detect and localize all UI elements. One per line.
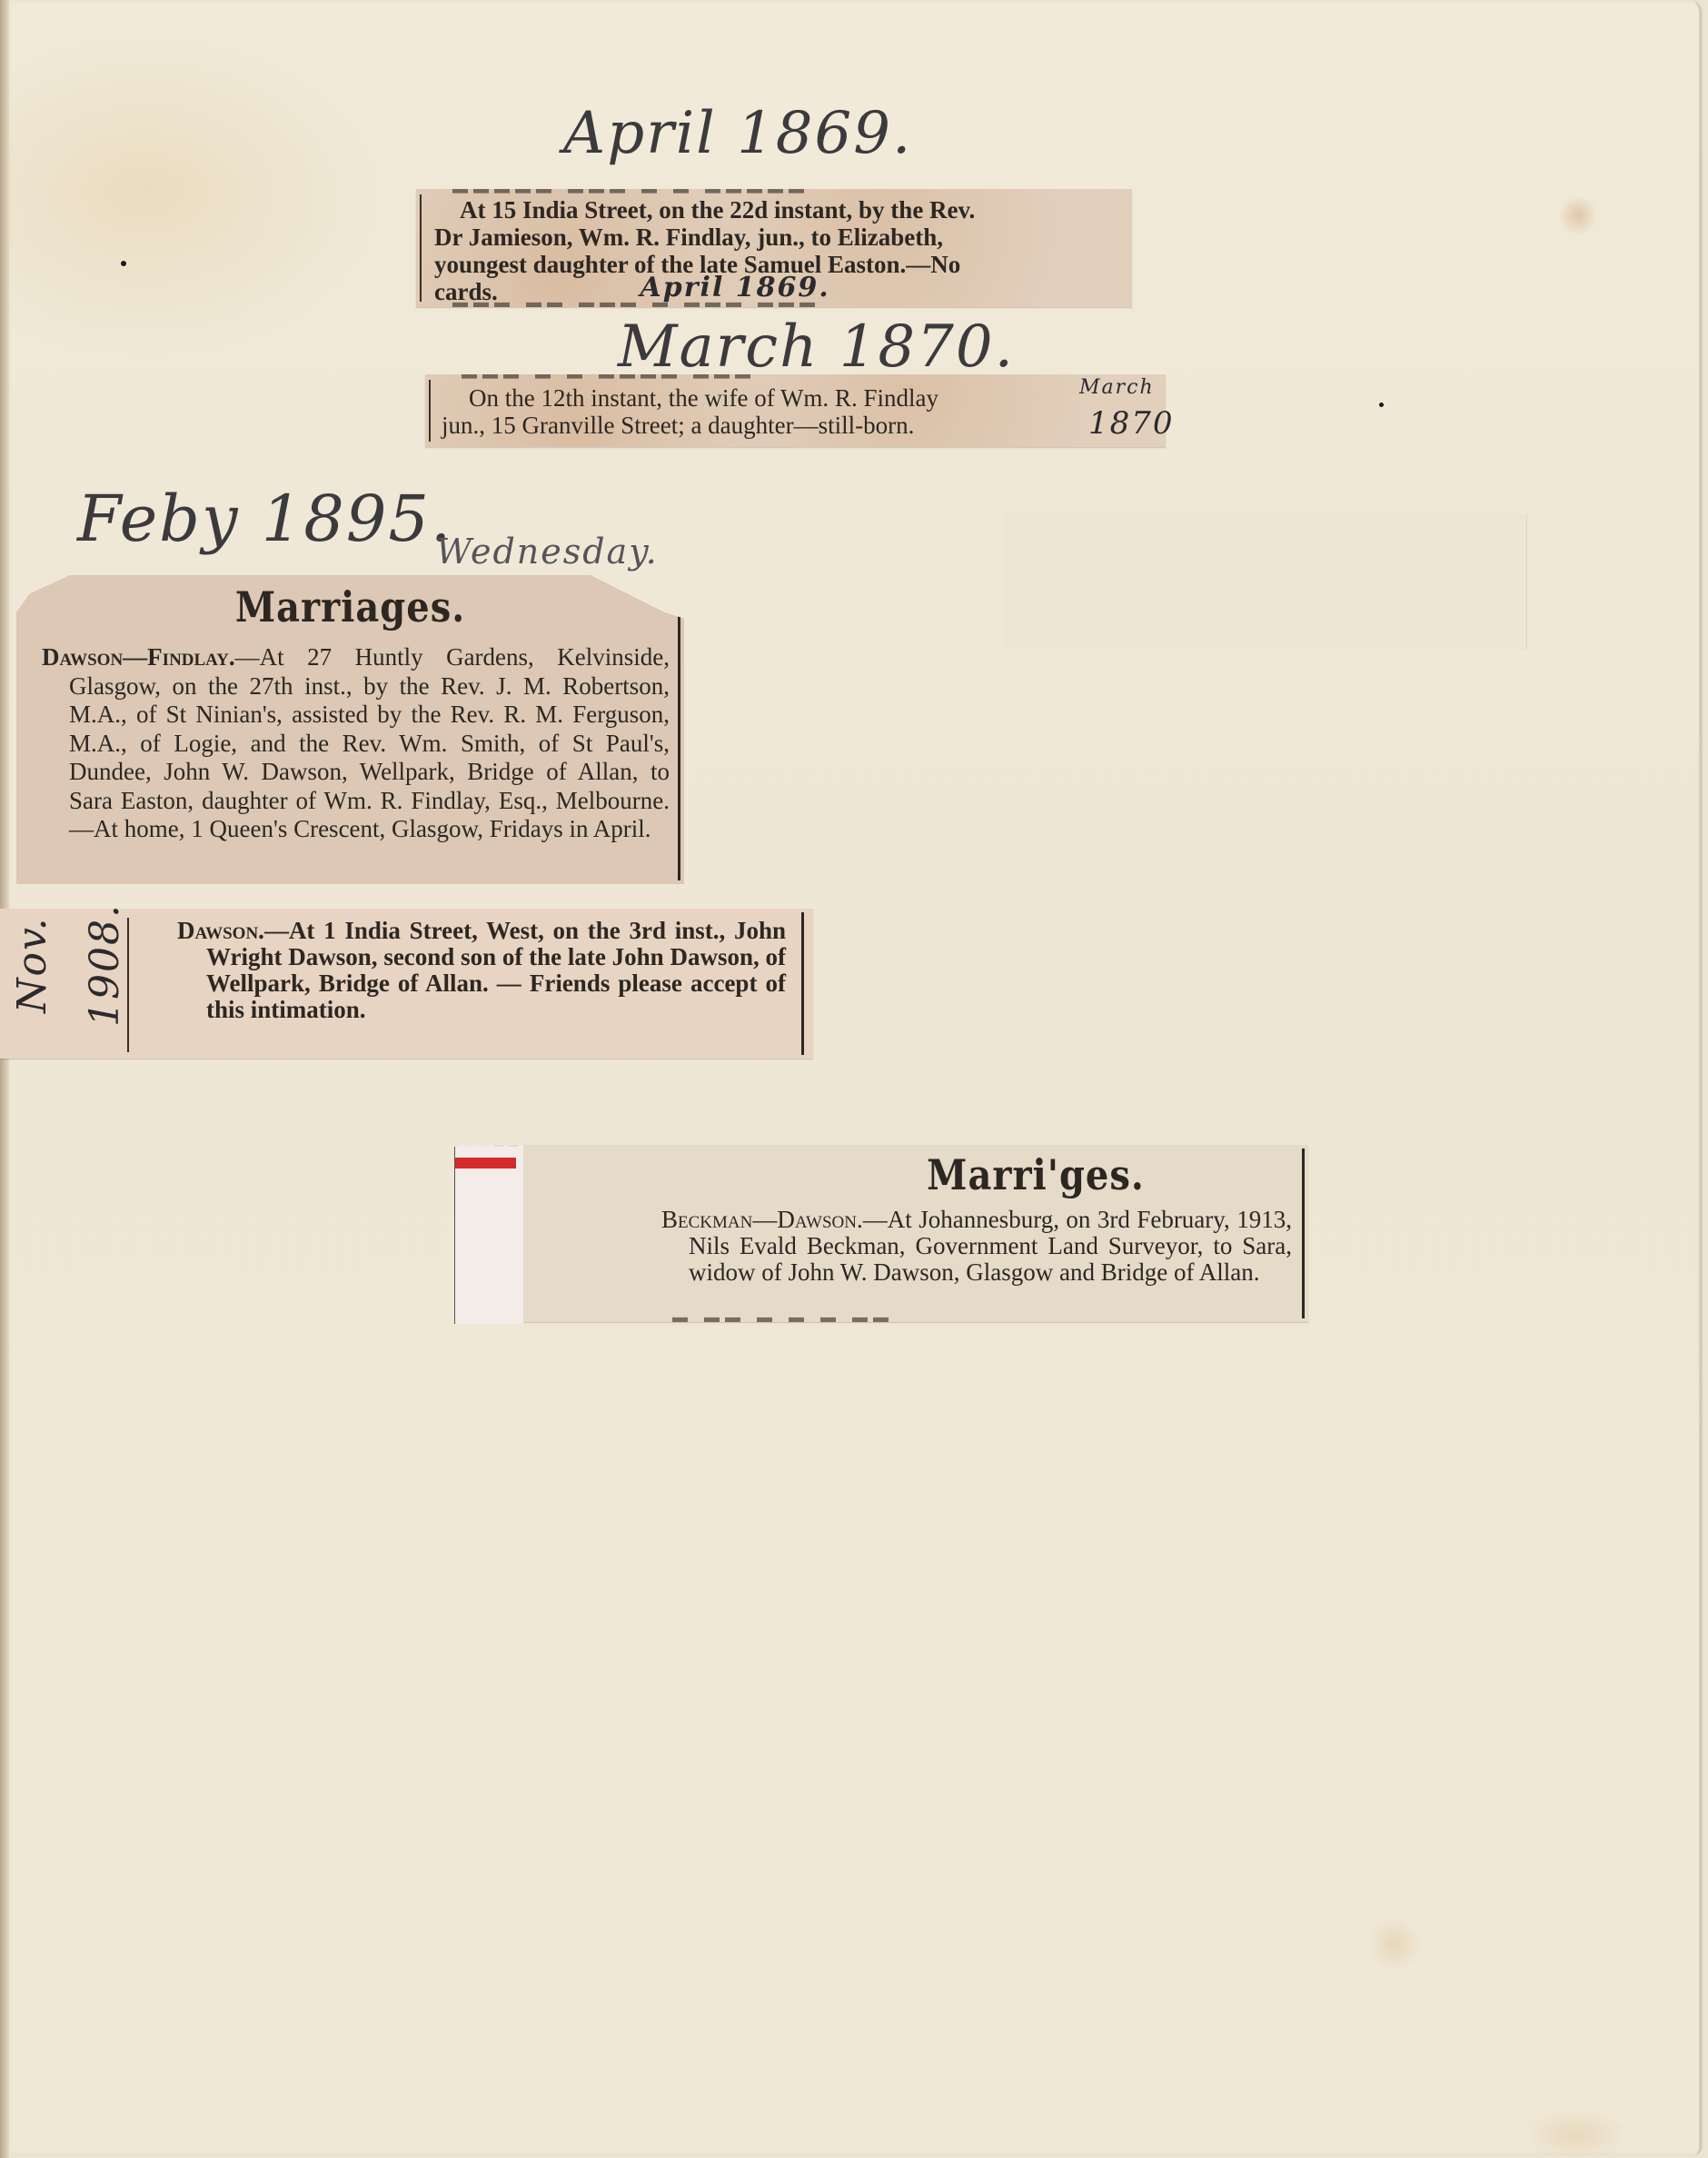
clipping-line: At 15 India Street, on the 22d instant, … [434, 196, 1119, 224]
adjacent-text-fragment: ▀▀▀ ▀ ▀ ▀▀▀▀ ▀▀▀ [462, 374, 1129, 383]
handwritten-date-feb-1895: Feby 1895. [77, 482, 452, 556]
column-rule [420, 194, 422, 302]
clipping-marriage-1895: Marriages. Dawson—Findlay.—At 27 Huntly … [16, 575, 684, 884]
stamp-selvage-tab [454, 1147, 523, 1324]
clipping-line: jun., 15 Granville Street; a daughter—st… [442, 412, 1157, 439]
ink-speck [121, 261, 126, 266]
handwritten-year-rotated: 1908. [82, 903, 128, 1027]
section-heading-marriages: Marriages. [16, 582, 684, 631]
adjacent-text-fragment: ▄ ▄▄ ▄ ▄ ▄ ▄▄ [672, 1313, 1272, 1322]
clipping-text: Beckman—Dawson.—At Johannesburg, on 3rd … [661, 1207, 1292, 1286]
notice-body: —At 27 Huntly Gardens, Kelvinside, Glasg… [69, 643, 670, 842]
ink-speck [1379, 403, 1384, 407]
column-rule [429, 380, 431, 442]
column-rule [801, 912, 804, 1055]
clipping-text: At 15 India Street, on the 22d instant, … [434, 196, 1119, 305]
notice-surnames: Beckman—Dawson. [661, 1206, 863, 1233]
clipping-line: On the 12th instant, the wife of Wm. R. … [442, 384, 1157, 412]
clipping-text: On the 12th instant, the wife of Wm. R. … [442, 384, 1157, 439]
red-stripe [455, 1158, 516, 1169]
clipping-line: Dr Jamieson, Wm. R. Findlay, jun., to El… [434, 224, 1119, 251]
handwritten-weekday: Wednesday. [436, 532, 659, 572]
clipping-text: Dawson.—At 1 India Street, West, on the … [177, 918, 786, 1023]
clipping-death-1908: Nov. 1908. Dawson.—At 1 India Street, We… [0, 909, 813, 1059]
notice-surname: Dawson. [177, 917, 264, 944]
perforation-edge [455, 1141, 523, 1149]
column-rule [127, 918, 129, 1052]
notice-body: —At 1 India Street, West, on the 3rd ins… [206, 917, 786, 1023]
clipping-marriage-1913: Marri'ges. Beckman—Dawson.—At Johannesbu… [491, 1145, 1308, 1322]
section-heading-marriages: Marri'ges. [763, 1150, 1308, 1199]
faded-patch [1004, 513, 1527, 650]
handwritten-inline-month: March [1079, 376, 1155, 399]
handwritten-inline-year: 1870 [1088, 405, 1175, 442]
clipping-marriage-1869: ▀▀▀▀▀ ▀▀▀ ▀ ▀ ▀▀▀▀▀ At 15 India Street, … [416, 189, 1132, 307]
handwritten-month-rotated: Nov. [9, 916, 55, 1013]
page-binding-edge [0, 0, 9, 2158]
clipping-text: Dawson—Findlay.—At 27 Huntly Gardens, Ke… [42, 643, 670, 844]
handwritten-date-march-1870: March 1870. [618, 313, 1015, 381]
adjacent-text-fragment: ▄▄▄ ▄▄ ▄▄▄ ▄ ▄▄▄ ▄▄▄ [452, 298, 1096, 307]
handwritten-date-april-1869: April 1869. [563, 100, 912, 167]
notice-surnames: Dawson—Findlay. [42, 643, 235, 671]
clipping-birth-1870: ▀▀▀ ▀ ▀ ▀▀▀▀ ▀▀▀ On the 12th instant, th… [425, 374, 1166, 447]
